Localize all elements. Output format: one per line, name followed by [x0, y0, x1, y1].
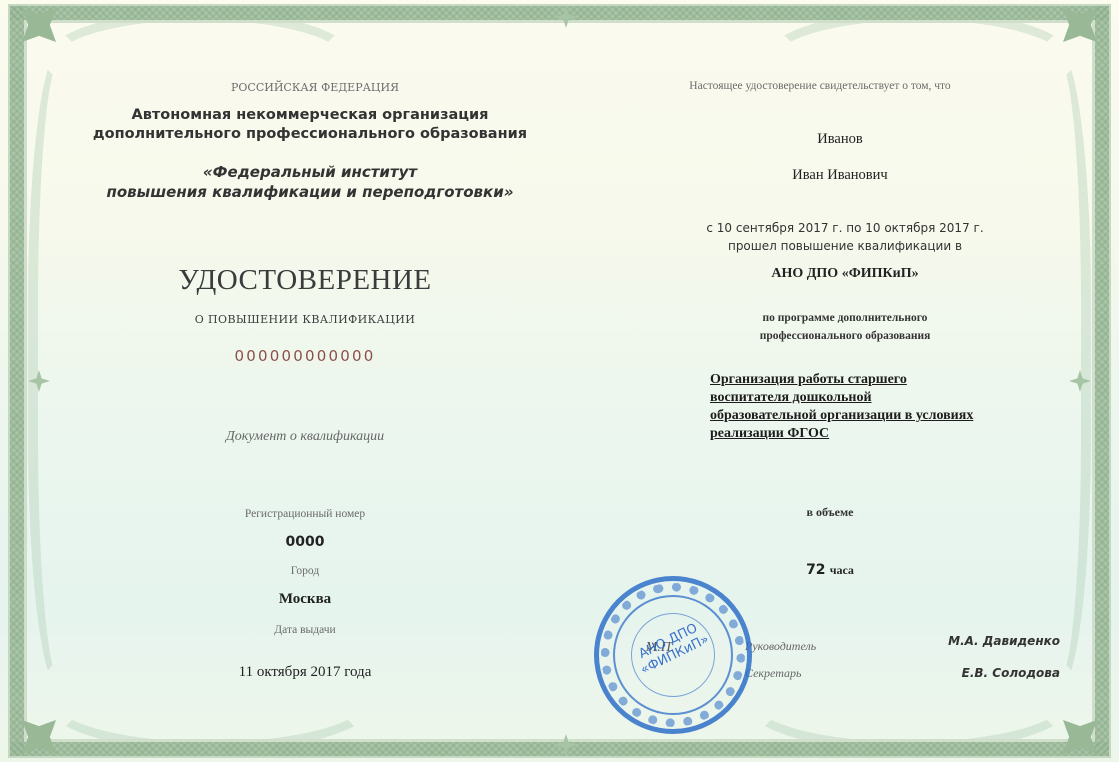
institute-name-line-2: повышения квалификации и переподготовки» — [60, 183, 560, 201]
country-label: РОССИЙСКАЯ ФЕДЕРАЦИЯ — [130, 81, 500, 94]
document-subtitle: О ПОВЫШЕНИИ КВАЛИФИКАЦИИ — [100, 313, 510, 326]
certification-intro: Настоящее удостоверение свидетельствует … — [630, 80, 1010, 92]
program-title-line: образовательной организации в условиях — [710, 407, 1050, 425]
registration-number-label: Регистрационный номер — [200, 508, 410, 520]
border-band-left — [10, 6, 24, 756]
hours-value: 72 — [806, 562, 825, 578]
holder-surname: Иванов — [700, 131, 980, 148]
program-intro-line-2: профессионального образования — [680, 330, 1010, 342]
completion-statement: прошел повышение квалификации в — [680, 239, 1010, 253]
certificate-sheet: РОССИЙСКАЯ ФЕДЕРАЦИЯ Автономная некоммер… — [0, 0, 1119, 762]
program-title: Организация работы старшего воспитателя … — [710, 371, 1050, 443]
program-title-line: реализации ФГОС — [710, 425, 1050, 443]
issue-date-label: Дата выдачи — [200, 624, 410, 636]
volume-label: в объеме — [740, 505, 920, 520]
hours-volume: 72 часа — [760, 562, 900, 578]
signatory-name-director: М.А. Давиденко — [940, 634, 1060, 648]
signatory-role-director: Руководитель — [745, 639, 845, 654]
signatory-name-secretary: Е.В. Солодова — [940, 666, 1060, 680]
border-band-right — [1095, 6, 1109, 756]
hours-unit: часа — [830, 563, 854, 577]
organization-line-2: дополнительного профессионального образо… — [60, 126, 560, 142]
program-intro-line-1: по программе дополнительного — [680, 312, 1010, 324]
program-title-line: Организация работы старшего — [710, 371, 1050, 389]
issuing-organization: АНО ДПО «ФИПКиП» — [680, 266, 1010, 282]
registration-number: 0000 — [200, 534, 410, 550]
city-value: Москва — [200, 591, 410, 608]
serial-number: 000000000000 — [100, 347, 510, 365]
institute-name-line-1: «Федеральный институт — [60, 163, 560, 181]
document-title: УДОСТОВЕРЕНИЕ — [100, 264, 510, 297]
document-type: Документ о квалификации — [100, 429, 510, 445]
holder-given-names: Иван Иванович — [700, 167, 980, 184]
program-title-line: воспитателя дошкольной — [710, 389, 1050, 407]
signatory-role-secretary: Секретарь — [745, 666, 845, 681]
city-label: Город — [200, 565, 410, 577]
organization-line-1: Автономная некоммерческая организация — [60, 107, 560, 123]
issue-date: 11 октября 2017 года — [180, 664, 430, 681]
training-period: с 10 сентября 2017 г. по 10 октября 2017… — [680, 221, 1010, 235]
